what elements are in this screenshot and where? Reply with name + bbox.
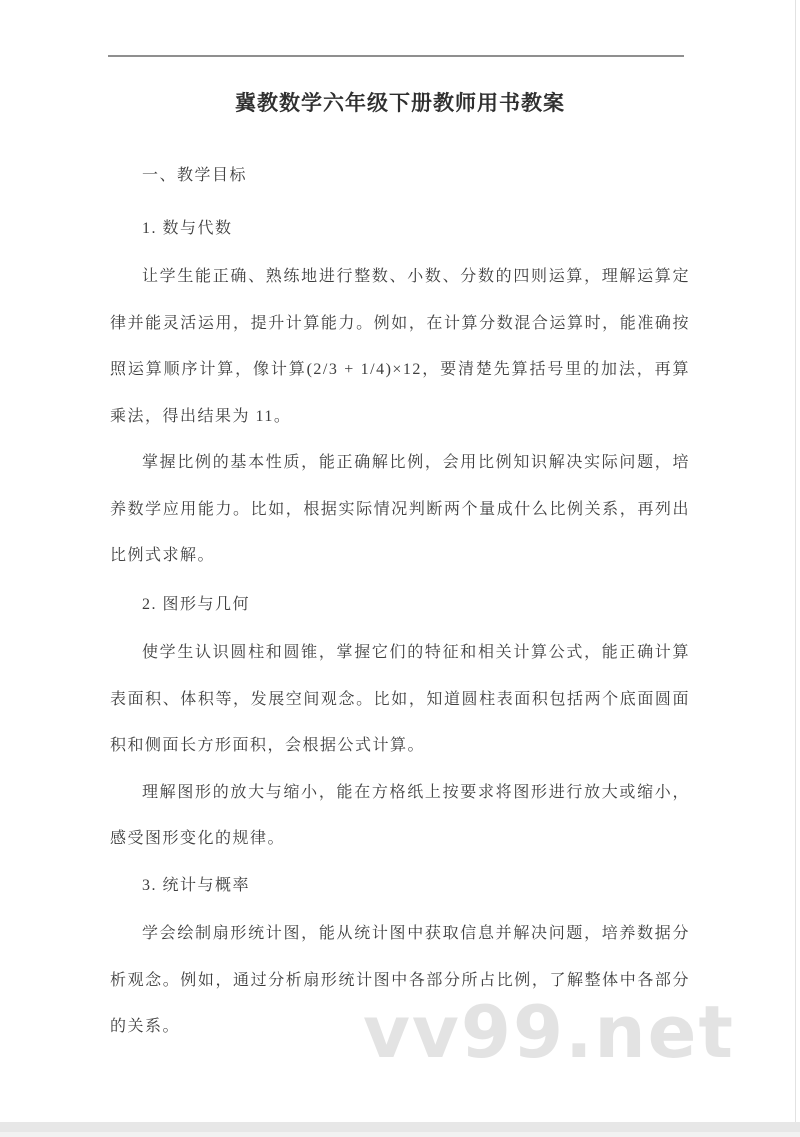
paragraph-scaling: 理解图形的放大与缩小，能在方格纸上按要求将图形进行放大或缩小，感受图形变化的规律… bbox=[110, 770, 690, 863]
paragraph-cylinder-cone: 使学生认识圆柱和圆锥，掌握它们的特征和相关计算公式，能正确计算表面积、体积等，发… bbox=[110, 630, 690, 770]
subsection-heading-geometry: 2. 图形与几何 bbox=[110, 582, 690, 629]
document-title: 冀教数学六年级下册教师用书教案 bbox=[110, 88, 690, 118]
bottom-light-strip bbox=[0, 1132, 800, 1137]
bottom-gray-bar bbox=[0, 1122, 800, 1132]
subsection-heading-numbers-algebra: 1. 数与代数 bbox=[110, 206, 690, 253]
paragraph-pie-charts: 学会绘制扇形统计图，能从统计图中获取信息并解决问题，培养数据分析观念。例如，通过… bbox=[110, 911, 690, 1051]
subsection-heading-statistics: 3. 统计与概率 bbox=[110, 863, 690, 910]
page-right-border bbox=[795, 0, 796, 1122]
paragraph-proportion: 掌握比例的基本性质，能正确解比例，会用比例知识解决实际问题，培养数学应用能力。比… bbox=[110, 440, 690, 580]
document-content: 冀教数学六年级下册教师用书教案 一、教学目标 1. 数与代数 让学生能正确、熟练… bbox=[110, 88, 690, 1051]
section-heading-teaching-goals: 一、教学目标 bbox=[110, 153, 690, 200]
page-top-divider bbox=[108, 55, 684, 57]
document-page: vv99.net 冀教数学六年级下册教师用书教案 一、教学目标 1. 数与代数 … bbox=[0, 0, 800, 1137]
paragraph-arithmetic: 让学生能正确、熟练地进行整数、小数、分数的四则运算，理解运算定律并能灵活运用，提… bbox=[110, 254, 690, 440]
